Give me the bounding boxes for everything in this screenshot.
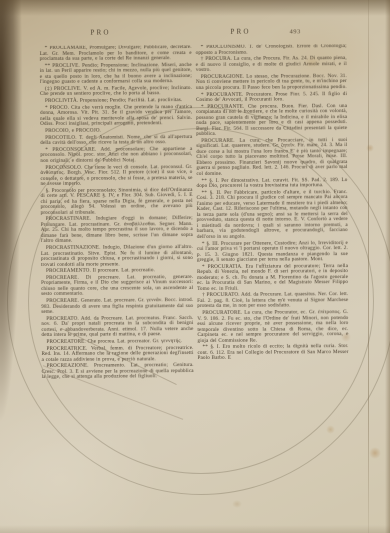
dictionary-entry: * PROCONSOLARE. Add. proconsolare; Che a…	[40, 147, 192, 164]
left-column: * PROCLAMARE, Promulgare; Divulgare; Pub…	[40, 45, 194, 426]
dictionary-entry: * PROCURATIA. Era l'uffiziatura del proc…	[197, 264, 348, 292]
dictionary-entry: PROCREATRICE. Verbal. femm. di Procreato…	[41, 346, 193, 363]
dictionary-entry: † PROCURATO. Add. da Procurare. Lat. qua…	[197, 292, 348, 309]
dictionary-entry: * PROCLAMARE, Promulgare; Divulgare; Pub…	[40, 45, 192, 62]
dictionary-entry: PROCOTILO. T. degli Anatomisti. Nome, ch…	[40, 135, 192, 147]
dictionary-entry: PROCRASTINARE. Indugiare d'oggi in doman…	[41, 216, 193, 244]
dictionary-entry: * PROCO. Cita che verrà moglie. Che pret…	[40, 105, 192, 128]
page-number: 493	[290, 28, 301, 35]
dictionary-entry: PROCREAZIONE. Procreamento. Lat. procrea…	[42, 363, 194, 380]
running-head-left: PRO	[61, 28, 141, 36]
dictionary-entry: PROCRASTINAZIONE. Indugio, Dilazione d'u…	[41, 245, 193, 268]
dictionary-entry: * PROCLONISMO. T. de' Cronologisti. Erro…	[196, 44, 347, 56]
dictionary-entry: PROCURATORE. La cura, che Procurator, ec…	[197, 310, 348, 344]
dictionary-entry: * PROCURANTE. Procuratore. Prose Fior. 5…	[196, 92, 347, 104]
dictionary-entry: * §. III. Procurare per Ottenere, Custod…	[197, 241, 348, 264]
dictionary-entry: PROCREARE. Generato. Lat. procreare. Gr.…	[41, 298, 193, 315]
dictionary-entry: * PROCURANTE. Che procura. Buon. Fier. D…	[196, 104, 347, 138]
page-content: PRO PRO 493 * PROCLAMARE, Promulgare; Di…	[0, 0, 390, 533]
dictionary-entry: † PROCURA. La cura, che Procura. Fir. As…	[196, 56, 347, 73]
dictionary-entry: PROCONSOLO. Che tiene le veci di console…	[40, 165, 192, 188]
dictionary-entry: PROCREATO. Add. da Procreare. Lat. procr…	[41, 316, 193, 339]
dictionary-entry: ** PROCLIVE. Pendio; Propensione; Inclin…	[40, 63, 192, 86]
right-column: * PROCLONISMO. T. de' Cronologisti. Erro…	[196, 44, 349, 416]
dictionary-entry: ** §. I. Per dimostrativo. Lat. curavit.…	[196, 178, 347, 190]
dictionary-entry: (‡) PROCLIVE. V. ed A. m. Facile, Agevol…	[40, 86, 192, 98]
dictionary-entry: PROCURAGIONE. Lo stesso, che Procurazion…	[196, 74, 347, 91]
dictionary-entry: PROCREARE. Di procreare. Lat. procreatio…	[41, 275, 193, 298]
dictionary-entry: §. Proconsolo per proconsolato; Sinonimi…	[41, 188, 193, 216]
scanned-page: PRO PRO 493 * PROCLAMARE, Promulgare; Di…	[0, 0, 390, 533]
running-head-right: PRO	[205, 27, 277, 35]
dictionary-entry: ** §. I. Ero molto ricolo di eccito; la …	[197, 344, 348, 361]
dictionary-entry: PROCURARE. La cura; che Procacciare, in …	[196, 138, 347, 177]
dictionary-entry: ** §. II. Per Fabbricare, particolo d'al…	[197, 190, 348, 240]
